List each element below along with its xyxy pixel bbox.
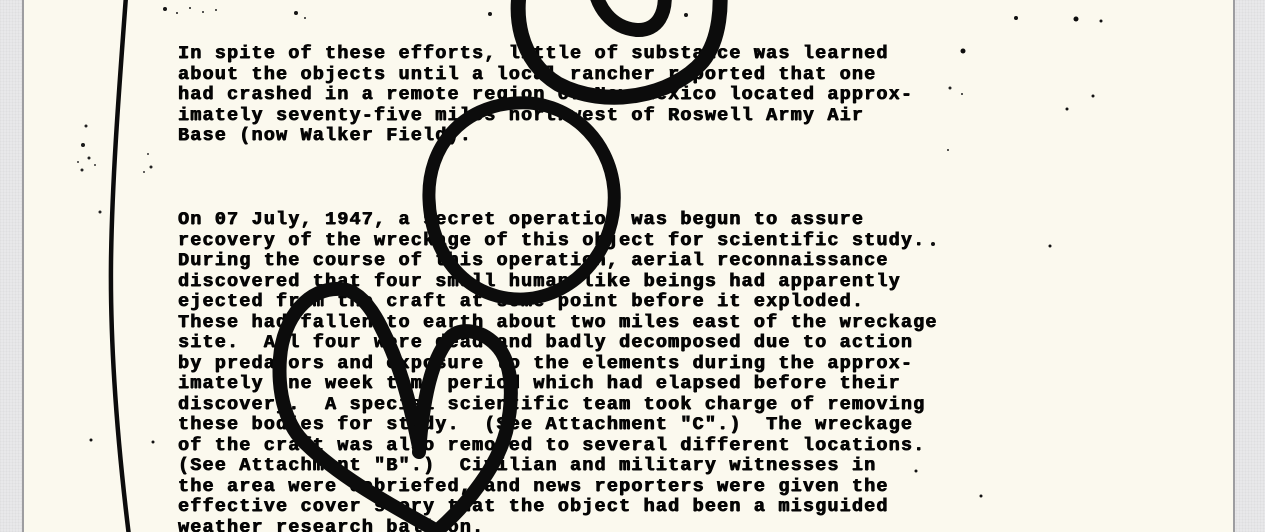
scan-noise-specks	[24, 0, 26, 2]
paragraph-roswell-crash: In spite of these efforts, little of sub…	[178, 44, 913, 147]
paragraph-recovery-operation: On 07 July, 1947, a secret operation was…	[178, 210, 938, 532]
document-page: In spite of these efforts, little of sub…	[22, 0, 1235, 532]
viewer-background: In spite of these efforts, little of sub…	[0, 0, 1265, 532]
